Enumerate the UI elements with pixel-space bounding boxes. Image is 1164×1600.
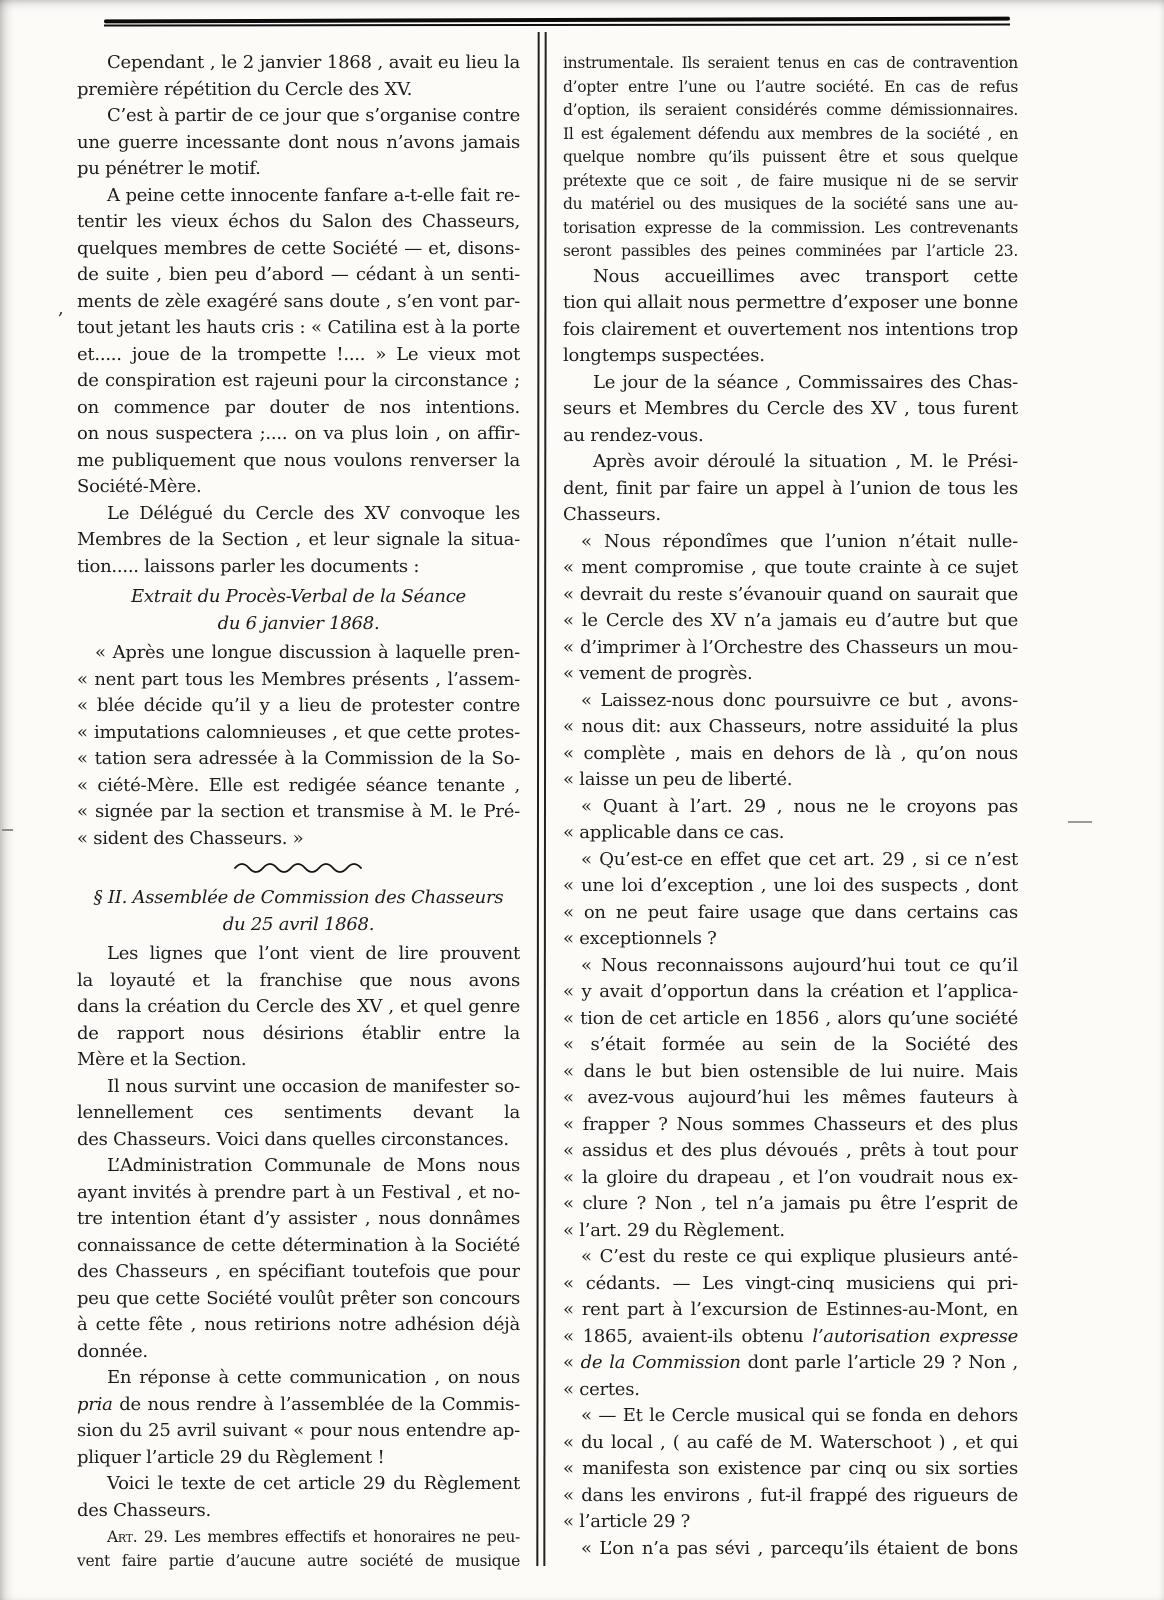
text-run: « Nous reconnaissons aujourd’hui tout ce… (581, 955, 1018, 976)
text-run: « cédants. — Les vingt-cinq musiciens qu… (563, 1273, 1018, 1294)
text-run: des Chasseurs , en spécifiant toutefois … (77, 1261, 520, 1282)
text-run: seront passibles des peines comminées pa… (563, 242, 1018, 260)
text-run: « imputations calomnieuses , et que cett… (77, 722, 520, 743)
text-run: « s’était formée au sein de la Société d… (563, 1034, 1018, 1059)
text-line: au rendez-vous. (563, 423, 1018, 450)
top-rule-thick-line (104, 17, 1010, 24)
text-line: pu pénétrer le motif. (77, 156, 520, 183)
text-line: Art. 29. Les membres effectifs et honora… (77, 1526, 520, 1550)
paragraph: Nous accueillimes avec transport cette c… (563, 264, 1018, 370)
text-line: « C’est du reste ce qui explique plusieu… (563, 1244, 1018, 1271)
text-run: « nous dit: aux Chasseurs, notre assidui… (563, 716, 1018, 737)
text-line: « la gloire du drapeau , et l’on voudrai… (563, 1165, 1018, 1192)
text-run: pria (77, 1394, 113, 1415)
text-run: tion qui allait nous permettre d’exposer… (563, 292, 1018, 313)
text-line: me publiquement que nous voulons renvers… (77, 448, 520, 475)
text-run: « d’imprimer à l’Orchestre des Chasseurs… (563, 637, 1018, 658)
text-line: « laisse un peu de liberté. (563, 767, 1018, 794)
text-line: torisation expresse de la commission. Le… (563, 217, 1018, 241)
text-line: de conspiration est rajeuni pour la circ… (77, 368, 520, 395)
text-run: longtemps suspectées. (563, 345, 765, 366)
text-run: L’Administration Communale de Mons nous (107, 1155, 520, 1176)
text-line: Après avoir déroulé la situation , M. le… (563, 449, 1018, 476)
text-run: « complète , mais en dehors de là , qu’o… (563, 743, 1018, 764)
text-run: « ciété-Mère. Elle est redigée séance te… (77, 775, 520, 796)
text-line: d’option, ils seraient considérés comme … (563, 99, 1018, 123)
text-run: Le jour de la séance , Commissaires des … (593, 372, 1018, 393)
text-line: connaissance de cette détermination à la… (77, 1233, 520, 1260)
text-line: longtemps suspectées. (563, 343, 1018, 370)
text-run: instrumentale. Ils seraient tenus en cas… (563, 54, 1018, 72)
text-line: sion du 25 avril suivant « pour nous ent… (77, 1418, 520, 1445)
text-run: quelque nombre qu’ils puissent être et s… (563, 148, 1018, 166)
text-run: « (563, 1352, 581, 1373)
text-run: « C’est du reste ce qui explique plusieu… (581, 1246, 1018, 1267)
text-line: prétexte que ce soit , de faire musique … (563, 170, 1018, 194)
text-run: de suite , bien peu d’abord — cédant à u… (77, 264, 520, 285)
text-run: d’opter entre l’une ou l’autre société. … (563, 78, 1018, 96)
text-line: du matériel ou des musiques de la sociét… (563, 193, 1018, 217)
text-run: pu pénétrer le motif. (77, 158, 261, 179)
text-line: d’opter entre l’une ou l’autre société. … (563, 76, 1018, 100)
text-run: « vement de progrès. (563, 663, 752, 684)
text-line: « avez-vous aujourd’hui les mêmes fauteu… (563, 1085, 1018, 1112)
small-caps-text: Art. (107, 1528, 137, 1546)
text-line: du 25 avril 1868. (77, 912, 520, 939)
text-line: dent, finit par faire un appel à l’union… (563, 476, 1018, 503)
text-run: « blée décide qu’il y a lieu de proteste… (77, 695, 520, 720)
text-line: Mère et la Section. (77, 1047, 520, 1074)
text-run: « exceptionnels ? (563, 928, 717, 949)
top-rule (104, 17, 1010, 28)
text-run: « certes. (563, 1379, 640, 1400)
section-heading: § II. Assemblée de Commission des Chasse… (77, 885, 520, 938)
text-run: « on ne peut faire usage que dans certai… (563, 902, 1018, 923)
text-run: « — Et le Cercle musical qui se fonda en… (581, 1405, 1018, 1426)
wavy-separator (77, 853, 520, 881)
small-print-paragraph: Art. 29. Les membres effectifs et honora… (77, 1526, 520, 1573)
paragraph: Le Délégué du Cercle des XV convoque les… (77, 501, 520, 581)
text-run: « clure ? Non , tel n’a jamais pu être l… (563, 1193, 1018, 1214)
text-run: « sident des Chasseurs. » (77, 828, 303, 849)
text-run: dont parle l’article 29 ? Non , (741, 1352, 1018, 1373)
text-line: pliquer l’article 29 du Règlement ! (77, 1445, 520, 1472)
text-line: « y avait d’opportun dans la création et… (563, 979, 1018, 1006)
text-line: « Nous reconnaissons aujourd’hui tout ce… (563, 953, 1018, 980)
text-run: dent, finit par faire un appel à l’union… (563, 478, 1018, 499)
text-run: « L’on n’a pas sévi , parcequ’ils étaien… (581, 1538, 1018, 1559)
quote-paragraph: « Laissez-nous donc poursuivre ce but , … (563, 688, 1018, 794)
text-run: au rendez-vous. (563, 425, 703, 446)
text-run: une guerre incessante dont nous n’avons … (77, 132, 520, 153)
text-run: sion du 25 avril suivant « pour nous ent… (77, 1420, 520, 1441)
text-run: « manifesta son existence par cinq ou si… (563, 1458, 1018, 1479)
text-line: « nent part tous les Membres présents , … (77, 667, 520, 694)
text-run: me publiquement que nous voulons renvers… (77, 450, 520, 471)
text-line: « clure ? Non , tel n’a jamais pu être l… (563, 1191, 1018, 1218)
text-line: seurs et Membres du Cercle des XV , tous… (563, 396, 1018, 423)
text-line: une guerre incessante dont nous n’avons … (77, 130, 520, 157)
text-line: vent faire partie d’aucune autre société… (77, 1550, 520, 1574)
text-line: Il est également défendu aux membres de … (563, 123, 1018, 147)
text-run: Extrait du Procès-Verbal de la Séance (131, 586, 466, 607)
text-line: des Chasseurs. (77, 1498, 520, 1525)
text-line: des Chasseurs. Voici dans quelles circon… (77, 1127, 520, 1154)
text-run: « l’article 29 ? (563, 1511, 690, 1532)
text-line: et..... joue de la trompette !.... » Le … (77, 342, 520, 369)
text-run: En réponse à cette communication , on no… (107, 1367, 520, 1388)
text-run: des Chasseurs. (77, 1500, 211, 1521)
small-print-paragraph: instrumentale. Ils seraient tenus en cas… (563, 52, 1018, 264)
text-line: A peine cette innocente fanfare a-t-elle… (77, 183, 520, 210)
text-line: « applicable dans ce cas. (563, 820, 1018, 847)
quote-paragraph: « Après une longue discussion à laquelle… (77, 640, 520, 852)
quote-paragraph: « — Et le Cercle musical qui se fonda en… (563, 1403, 1018, 1536)
text-run: Société-Mère. (77, 476, 201, 497)
text-run: prétexte que ce soit , de faire musique … (563, 172, 1018, 190)
text-line: Société-Mère. (77, 474, 520, 501)
text-run: Le Délégué du Cercle des XV convoque les (107, 503, 520, 524)
quote-paragraph: « Qu’est-ce en effet que cet art. 29 , s… (563, 847, 1018, 953)
text-line: « 1865, avaient-ils obtenu l’autorisatio… (563, 1324, 1018, 1351)
text-run: « avez-vous aujourd’hui les mêmes fauteu… (563, 1087, 1018, 1108)
text-run: d’option, ils seraient considérés comme … (563, 101, 1018, 119)
text-run: de rapport nous désirions établir entre … (77, 1023, 520, 1048)
text-line: « du local , ( au café de M. Waterschoot… (563, 1430, 1018, 1457)
text-line: Extrait du Procès-Verbal de la Séance (77, 584, 520, 611)
text-line: tion qui allait nous permettre d’exposer… (563, 290, 1018, 317)
text-run: première répétition du Cercle des XV. (77, 79, 412, 100)
text-line: peu que cette Société voulût prêter son … (77, 1286, 520, 1313)
quote-paragraph: « Nous répondîmes que l’union n’était nu… (563, 529, 1018, 688)
text-run: Les lignes que l’ont vient de lire prouv… (77, 943, 520, 968)
text-line: « le Cercle des XV n’a jamais eu d’autre… (563, 608, 1018, 635)
text-run: du matériel ou des musiques de la sociét… (563, 195, 1018, 213)
paragraph: C’est à partir de ce jour que s’organise… (77, 103, 520, 183)
text-line: En réponse à cette communication , on no… (77, 1365, 520, 1392)
text-line: § II. Assemblée de Commission des Chasse… (77, 885, 520, 912)
text-line: quelque nombre qu’ils puissent être et s… (563, 146, 1018, 170)
text-line: « cédants. — Les vingt-cinq musiciens qu… (563, 1271, 1018, 1298)
scan-artifact (1068, 821, 1092, 823)
text-run: « signée par la section et transmise à M… (77, 801, 520, 822)
text-line: de rapport nous désirions établir entre … (77, 1021, 520, 1048)
text-run: du 6 janvier 1868. (218, 613, 380, 634)
text-run: des Chasseurs. Voici dans quelles circon… (77, 1129, 509, 1150)
text-line: tout jetant les hauts cris : « Catilina … (77, 315, 520, 342)
text-run: « le Cercle des XV n’a jamais eu d’autre… (563, 610, 1018, 631)
paragraph: Après avoir déroulé la situation , M. le… (563, 449, 1018, 529)
text-run: de conspiration est rajeuni pour la circ… (77, 370, 520, 391)
quote-paragraph: « Quant à l’art. 29 , nous ne le croyons… (563, 794, 1018, 847)
paragraph: Il nous survint une occasion de manifest… (77, 1074, 520, 1154)
text-run: on nous suspectera ;.... on va plus loin… (77, 423, 520, 444)
text-line: du 6 janvier 1868. (77, 611, 520, 638)
text-run: de la Commission (581, 1352, 741, 1373)
text-run: « du local , ( au café de M. Waterschoot… (563, 1432, 1018, 1453)
text-line: « signée par la section et transmise à M… (77, 799, 520, 826)
text-line: Nous accueillimes avec transport cette c… (563, 264, 1018, 291)
text-run: « la gloire du drapeau , et l’on voudrai… (563, 1167, 1018, 1188)
text-run: du 25 avril 1868. (223, 914, 374, 935)
text-line: « Après une longue discussion à laquelle… (77, 640, 520, 667)
text-run: « ment compromise , que toute crainte à … (563, 557, 1018, 578)
text-run: peu que cette Société voulût prêter son … (77, 1288, 520, 1309)
text-line: L’Administration Communale de Mons nous (77, 1153, 520, 1180)
text-line: Le Délégué du Cercle des XV convoque les (77, 501, 520, 528)
text-line: ments de zèle exagéré sans doute , s’en … (77, 289, 520, 316)
text-line: tentir les vieux échos du Salon des Chas… (77, 209, 520, 236)
text-run: A peine cette innocente fanfare a-t-elle… (107, 185, 520, 206)
text-run: ayant invités à prendre part à un Festiv… (77, 1182, 520, 1203)
text-line: donnée. (77, 1339, 520, 1366)
text-line: Cependant , le 2 janvier 1868 , avait eu… (77, 50, 520, 77)
text-line: tre intention étant d’y assister , nous … (77, 1206, 520, 1233)
text-run: 29. Les membres effectifs et honoraires … (137, 1528, 520, 1546)
text-line: « L’on n’a pas sévi , parcequ’ils étaien… (563, 1536, 1018, 1563)
text-run: Après avoir déroulé la situation , M. le… (593, 451, 1018, 472)
text-line: première répétition du Cercle des XV. (77, 77, 520, 104)
text-line: « tion de cet article en 1856 , alors qu… (563, 1006, 1018, 1033)
text-run: la loyauté et la franchise que nous avon… (77, 970, 520, 995)
text-line: « rent part à l’excursion de Estinnes-au… (563, 1297, 1018, 1324)
quote-paragraph: « Nous reconnaissons aujourd’hui tout ce… (563, 953, 1018, 1245)
text-run: Assemblée de Commission des Chasseurs (133, 887, 504, 908)
text-run: « Nous répondîmes que l’union n’était nu… (581, 531, 1018, 552)
text-line: « — Et le Cercle musical qui se fonda en… (563, 1403, 1018, 1430)
text-run: dans la création du Cercle des XV , et q… (77, 996, 520, 1017)
text-run: Chasseurs. (563, 504, 661, 525)
text-line: tion..... laissons parler les documents … (77, 554, 520, 581)
paragraph: Voici le texte de cet article 29 du Règl… (77, 1471, 520, 1524)
text-line: « ment compromise , que toute crainte à … (563, 555, 1018, 582)
text-run: Nous accueillimes avec transport cette c… (563, 266, 1018, 291)
text-line: « d’imprimer à l’Orchestre des Chasseurs… (563, 635, 1018, 662)
scan-artifact (2, 829, 13, 831)
text-run: « l’art. 29 du Règlement. (563, 1220, 785, 1241)
text-run: fois clairement et ouvertement nos inten… (563, 319, 1018, 340)
text-run: « Laissez-nous donc poursuivre ce but , … (581, 690, 1018, 711)
text-run: on commence par douter de nos intentions… (77, 397, 520, 422)
text-run: « une loi d’exception , une loi des susp… (563, 875, 1018, 896)
text-line: « dans les environs , fut-il frappé des … (563, 1483, 1018, 1510)
text-run: lennellement ces sentiments devant la Co… (77, 1102, 520, 1127)
text-line: « l’art. 29 du Règlement. (563, 1218, 1018, 1245)
quote-paragraph: « L’on n’a pas sévi , parcequ’ils étaien… (563, 1536, 1018, 1563)
text-run: « applicable dans ce cas. (563, 822, 784, 843)
text-run: « assidus et des plus dévoués , prêts à … (563, 1140, 1018, 1161)
text-run: pliquer l’article 29 du Règlement ! (77, 1447, 385, 1468)
text-line: instrumentale. Ils seraient tenus en cas… (563, 52, 1018, 76)
text-line: « une loi d’exception , une loi des susp… (563, 873, 1018, 900)
text-line: « complète , mais en dehors de là , qu’o… (563, 741, 1018, 768)
text-line: « l’article 29 ? (563, 1509, 1018, 1536)
text-line: « frapper ? Nous sommes Chasseurs et des… (563, 1112, 1018, 1139)
text-line: « devrait du reste s’évanouir quand on s… (563, 582, 1018, 609)
text-line: Les lignes que l’ont vient de lire prouv… (77, 941, 520, 968)
text-run: « rent part à l’excursion de Estinnes-au… (563, 1299, 1018, 1320)
text-run: tentir les vieux échos du Salon des Chas… (77, 211, 520, 236)
text-line: de suite , bien peu d’abord — cédant à u… (77, 262, 520, 289)
text-line: « ciété-Mère. Elle est redigée séance te… (77, 773, 520, 800)
text-line: « Nous répondîmes que l’union n’était nu… (563, 529, 1018, 556)
text-run: l’autorisation expresse (812, 1326, 1018, 1347)
paragraph: Cependant , le 2 janvier 1868 , avait eu… (77, 50, 520, 103)
text-line: « nous dit: aux Chasseurs, notre assidui… (563, 714, 1018, 741)
text-run: Il est également défendu aux membres de … (563, 125, 1018, 143)
text-line: « Quant à l’art. 29 , nous ne le croyons… (563, 794, 1018, 821)
text-line: « de la Commission dont parle l’article … (563, 1350, 1018, 1377)
paragraph: En réponse à cette communication , on no… (77, 1365, 520, 1471)
text-line: seront passibles des peines comminées pa… (563, 240, 1018, 264)
text-run: connaissance de cette détermination à la… (77, 1235, 520, 1256)
text-line: « tation sera adressée à la Commission d… (77, 746, 520, 773)
text-line: « s’était formée au sein de la Société d… (563, 1032, 1018, 1059)
text-run: tion..... laissons parler les documents … (77, 556, 419, 577)
text-run: à cette fête , nous retirions notre adhé… (77, 1314, 520, 1335)
text-line: « manifesta son existence par cinq ou si… (563, 1456, 1018, 1483)
text-run: vent faire partie d’aucune autre société… (77, 1552, 520, 1570)
text-run: Il nous survint une occasion de manifest… (107, 1076, 520, 1097)
text-line: « sident des Chasseurs. » (77, 826, 520, 853)
right-column: instrumentale. Ils seraient tenus en cas… (563, 50, 1018, 1562)
text-line: « blée décide qu’il y a lieu de proteste… (77, 693, 520, 720)
top-rule-thin-line (104, 24, 1010, 27)
text-run: de nous rendre à l’assemblée de la Commi… (113, 1394, 520, 1415)
text-run: seurs et Membres du Cercle des XV , tous… (563, 398, 1018, 419)
text-run: « frapper ? Nous sommes Chasseurs et des… (563, 1114, 1018, 1135)
wavy-separator-glyph (232, 860, 366, 874)
text-line: à cette fête , nous retirions notre adhé… (77, 1312, 520, 1339)
text-line: Voici le texte de cet article 29 du Règl… (77, 1471, 520, 1498)
scan-artifact: , (58, 298, 64, 319)
paragraph: Les lignes que l’ont vient de lire prouv… (77, 941, 520, 1074)
paragraph: Le jour de la séance , Commissaires des … (563, 370, 1018, 450)
text-run: tout jetant les hauts cris : « Catilina … (77, 317, 520, 338)
text-line: « imputations calomnieuses , et que cett… (77, 720, 520, 747)
text-line: « Laissez-nous donc poursuivre ce but , … (563, 688, 1018, 715)
text-run: « tation sera adressée à la Commission d… (77, 748, 520, 769)
text-line: lennellement ces sentiments devant la Co… (77, 1100, 520, 1127)
scanned-page: Cependant , le 2 janvier 1868 , avait eu… (0, 0, 1164, 1600)
text-run: Mère et la Section. (77, 1049, 246, 1070)
text-line: « on ne peut faire usage que dans certai… (563, 900, 1018, 927)
column-divider (536, 32, 546, 1566)
text-run: « tion de cet article en 1856 , alors qu… (563, 1008, 1018, 1029)
left-column: Cependant , le 2 janvier 1868 , avait eu… (77, 50, 520, 1573)
text-run: torisation expresse de la commission. Le… (563, 219, 1018, 237)
text-run: « laisse un peu de liberté. (563, 769, 792, 790)
text-run: « dans le but bien ostensible de lui nui… (563, 1061, 1018, 1082)
text-run: « nent part tous les Membres présents , … (77, 669, 520, 690)
text-run: et..... joue de la trompette !.... » Le … (77, 344, 520, 365)
text-line: dans la création du Cercle des XV , et q… (77, 994, 520, 1021)
text-run: Voici le texte de cet article 29 du Règl… (107, 1473, 520, 1494)
text-line: « certes. (563, 1377, 1018, 1404)
text-run: Membres de la Section , et leur signale … (77, 529, 520, 550)
text-line: Chasseurs. (563, 502, 1018, 529)
text-line: « vement de progrès. (563, 661, 1018, 688)
text-run: « dans les environs , fut-il frappé des … (563, 1485, 1018, 1506)
text-run: § II. (94, 887, 133, 908)
text-line: C’est à partir de ce jour que s’organise… (77, 103, 520, 130)
text-run: « 1865, avaient-ils obtenu (563, 1326, 812, 1347)
text-run: « Après une longue discussion à laquelle… (95, 642, 520, 663)
text-line: on nous suspectera ;.... on va plus loin… (77, 421, 520, 448)
text-run: donnée. (77, 1341, 148, 1362)
text-run: quelques membres de cette Société — et, … (77, 238, 520, 263)
paragraph: A peine cette innocente fanfare a-t-elle… (77, 183, 520, 501)
text-line: la loyauté et la franchise que nous avon… (77, 968, 520, 995)
text-line: Il nous survint une occasion de manifest… (77, 1074, 520, 1101)
text-line: Membres de la Section , et leur signale … (77, 527, 520, 554)
text-run: C’est à partir de ce jour que s’organise… (77, 105, 520, 130)
text-line: on commence par douter de nos intentions… (77, 395, 520, 422)
text-run: tre intention étant d’y assister , nous … (77, 1208, 520, 1229)
text-run: « y avait d’opportun dans la création et… (563, 981, 1018, 1002)
section-heading: Extrait du Procès-Verbal de la Séancedu … (77, 584, 520, 637)
text-line: « exceptionnels ? (563, 926, 1018, 953)
text-run: « Qu’est-ce en effet que cet art. 29 , s… (581, 849, 1018, 870)
paragraph: L’Administration Communale de Mons nousa… (77, 1153, 520, 1365)
text-line: des Chasseurs , en spécifiant toutefois … (77, 1259, 520, 1286)
text-run: « Quant à l’art. 29 , nous ne le croyons… (581, 796, 1018, 817)
text-run: « devrait du reste s’évanouir quand on s… (563, 584, 1018, 605)
text-line: fois clairement et ouvertement nos inten… (563, 317, 1018, 344)
text-line: pria de nous rendre à l’assemblée de la … (77, 1392, 520, 1419)
text-run: Cependant , le 2 janvier 1868 , avait eu… (107, 52, 520, 73)
text-line: « Qu’est-ce en effet que cet art. 29 , s… (563, 847, 1018, 874)
text-line: « assidus et des plus dévoués , prêts à … (563, 1138, 1018, 1165)
text-line: quelques membres de cette Société — et, … (77, 236, 520, 263)
text-line: « dans le but bien ostensible de lui nui… (563, 1059, 1018, 1086)
text-run: ments de zèle exagéré sans doute , s’en … (77, 291, 520, 312)
text-line: Le jour de la séance , Commissaires des … (563, 370, 1018, 397)
quote-paragraph: « C’est du reste ce qui explique plusieu… (563, 1244, 1018, 1403)
text-line: ayant invités à prendre part à un Festiv… (77, 1180, 520, 1207)
